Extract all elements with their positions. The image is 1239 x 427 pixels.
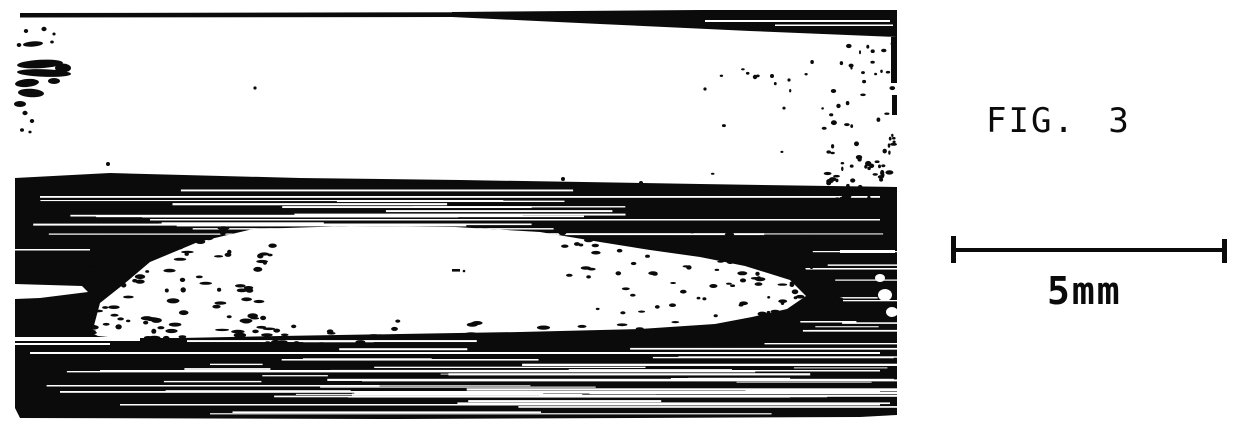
sem-micrograph-image xyxy=(0,0,940,427)
figure-label: FIG. 3 xyxy=(986,101,1131,141)
scale-bar-line xyxy=(951,248,1227,252)
scale-bar-label: 5mm xyxy=(1047,269,1122,313)
scale-bar: 5mm xyxy=(951,236,1227,308)
scale-bar-right-tick xyxy=(1222,239,1227,263)
right-edge-dash xyxy=(892,95,897,115)
patent-figure-page: FIG. 3 5mm xyxy=(0,0,1239,427)
